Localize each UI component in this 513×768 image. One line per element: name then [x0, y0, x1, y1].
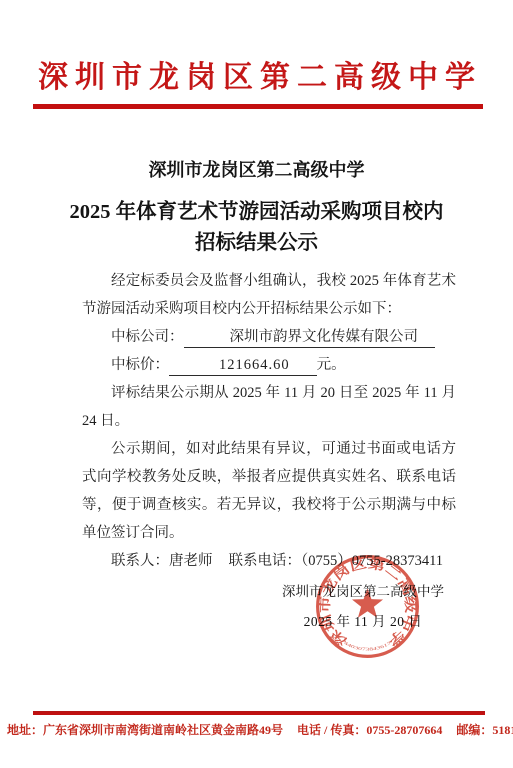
- price-value: 121664.60: [169, 356, 317, 376]
- objection-paragraph: 公示期间，如对此结果有异议，可通过书面或电话方式向学校教务处反映，举报者应提供真…: [82, 435, 456, 547]
- signature-org: 深圳市龙岗区第二高级中学: [251, 584, 475, 600]
- letterhead-double-rule: [33, 104, 483, 109]
- price-label: 中标价：: [111, 357, 169, 373]
- contact-line: 联系人：唐老师联系电话：（0755）0755-28373411: [82, 547, 456, 575]
- winner-label: 中标公司：: [111, 329, 184, 345]
- document-title-line1: 2025 年体育艺术节游园活动采购项目校内: [0, 194, 513, 224]
- price-line: 中标价：121664.60元。: [82, 351, 456, 379]
- winner-line: 中标公司：深圳市韵界文化传媒有限公司: [82, 323, 456, 351]
- letterhead-school-name: 深圳市龙岗区第二高级中学: [0, 52, 513, 96]
- footer-contact-info: 地址：广东省深圳市南湾街道南岭社区黄金南路49号电话 / 传真：0755-287…: [0, 721, 513, 738]
- announcement-page: 深圳市龙岗区第二高级中学 深圳市龙岗区第二高级中学 2025 年体育艺术节游园活…: [0, 0, 513, 768]
- intro-paragraph: 经定标委员会及监督小组确认，我校 2025 年体育艺术节游园活动采购项目校内公开…: [82, 267, 456, 323]
- price-suffix: 元。: [317, 357, 346, 373]
- document-title-line2: 招标结果公示: [0, 225, 513, 255]
- footer-address: 地址：广东省深圳市南湾街道南岭社区黄金南路49号: [7, 723, 283, 737]
- signature-block: 深圳市龙岗区第二高级中学 2025 年 11 月 20 日: [251, 584, 475, 630]
- publicity-period-paragraph: 评标结果公示期从 2025 年 11 月 20 日至 2025 年 11 月 2…: [82, 379, 456, 435]
- footer-double-rule: [33, 711, 485, 715]
- winner-value: 深圳市韵界文化传媒有限公司: [184, 328, 436, 348]
- contact-phone: 联系电话：（0755）0755-28373411: [229, 553, 444, 569]
- footer-postal-code: 邮编：518123: [456, 723, 513, 737]
- document-org-title: 深圳市龙岗区第二高级中学: [0, 156, 513, 182]
- footer-phone-fax: 电话 / 传真：0755-28707664: [297, 723, 442, 737]
- contact-person: 联系人：唐老师: [111, 553, 213, 569]
- body-text: 经定标委员会及监督小组确认，我校 2025 年体育艺术节游园活动采购项目校内公开…: [82, 267, 456, 575]
- signature-date: 2025 年 11 月 20 日: [251, 614, 475, 630]
- seal-serial-number: 4403073843617: [343, 640, 393, 652]
